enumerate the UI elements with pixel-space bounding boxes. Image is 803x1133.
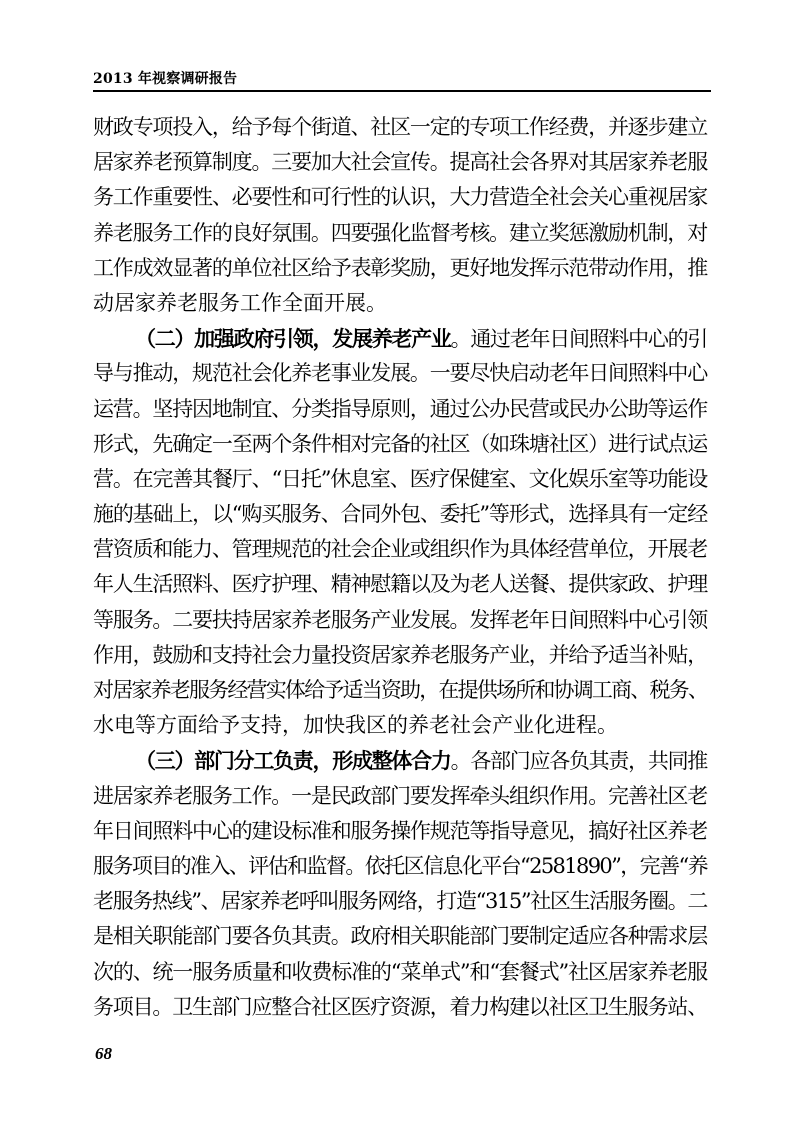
section-heading: （二）加强政府引领，发展养老产业: [135, 326, 451, 351]
text-segment: 进居家养老服务工作。一是民政部门要发挥牵头组织作用。完善社区老: [93, 784, 707, 808]
text-segment: 工作成效显著的单位社区给予表彰奖励，更好地发挥示范带动作用，推: [93, 256, 707, 280]
text-segment: 务项目。卫生部门应整合社区医疗资源，着力构建以社区卫生服务站、: [93, 995, 707, 1019]
text-segment: 次的、统一服务质量和收费标准的“菜单式”和“套餐式”社区居家养老服: [93, 960, 707, 984]
text-segment: 施的基础上，以“购买服务、合同外包、委托”等形式，选择具有一定经: [93, 502, 707, 526]
body-text: 财政专项投入，给予每个街道、社区一定的专项工作经费，并逐步建立居家养老预算制度。…: [93, 110, 707, 1025]
text-line: 营资质和能力、管理规范的社会企业或组织作为具体经营单位，开展老: [93, 532, 707, 567]
text-segment: 年日间照料中心的建设标准和服务操作规范等指导意见，搞好社区养老: [93, 819, 707, 843]
text-segment: 财政专项投入，给予每个街道、社区一定的专项工作经费，并逐步建立: [93, 115, 707, 139]
text-line: 施的基础上，以“购买服务、合同外包、委托”等形式，选择具有一定经: [93, 497, 707, 532]
text-segment: 年人生活照料、医疗护理、精神慰籍以及为老人送餐、提供家政、护理: [93, 572, 707, 596]
text-segment: 。各部门应各负其责，共同推: [451, 749, 707, 773]
text-segment: 对居家养老服务经营实体给予适当资助，在提供场所和协调工商、税务、: [93, 678, 707, 702]
text-segment: 。通过老年日间照料中心的引: [451, 327, 707, 351]
page-number: 68: [95, 1044, 112, 1064]
text-line: 财政专项投入，给予每个街道、社区一定的专项工作经费，并逐步建立: [93, 110, 707, 145]
text-line: 务工作重要性、必要性和可行性的认识，大力营造全社会关心重视居家: [93, 180, 707, 215]
text-segment: 居家养老预算制度。三要加大社会宣传。提高社会各界对其居家养老服: [93, 150, 707, 174]
text-line: 等服务。二要扶持居家养老服务产业发展。发挥老年日间照料中心引领: [93, 603, 707, 638]
text-line: 动居家养老服务工作全面开展。: [93, 286, 707, 321]
text-line: 年日间照料中心的建设标准和服务操作规范等指导意见，搞好社区养老: [93, 814, 707, 849]
text-segment: 营。在完善其餐厅、“日托”休息室、医疗保健室、文化娱乐室等功能设: [93, 467, 707, 491]
text-line: 次的、统一服务质量和收费标准的“菜单式”和“套餐式”社区居家养老服: [93, 955, 707, 990]
text-line: 形式，先确定一至两个条件相对完备的社区（如珠塘社区）进行试点运: [93, 427, 707, 462]
paragraph-heading-line: （二）加强政府引领，发展养老产业。通过老年日间照料中心的引: [93, 321, 707, 356]
text-segment: 等服务。二要扶持居家养老服务产业发展。发挥老年日间照料中心引领: [93, 608, 707, 632]
header-rule: [93, 90, 711, 92]
text-line: 对居家养老服务经营实体给予适当资助，在提供场所和协调工商、税务、: [93, 673, 707, 708]
text-segment: 导与推动，规范社会化养老事业发展。一要尽快启动老年日间照料中心: [93, 361, 707, 385]
text-line: 年人生活照料、医疗护理、精神慰籍以及为老人送餐、提供家政、护理: [93, 567, 707, 602]
text-line: 运营。坚持因地制宜、分类指导原则，通过公办民营或民办公助等运作: [93, 392, 707, 427]
text-line: 老服务热线”、居家养老呼叫服务网络，打造“315”社区生活服务圈。二: [93, 884, 707, 919]
text-segment: 运营。坚持因地制宜、分类指导原则，通过公办民营或民办公助等运作: [93, 397, 707, 421]
text-segment: 养老服务工作的良好氛围。四要强化监督考核。建立奖惩激励机制，对: [93, 221, 707, 245]
text-segment: 是相关职能部门要各负其责。政府相关职能部门要制定适应各种需求层: [93, 924, 707, 948]
text-segment: 老服务热线”、居家养老呼叫服务网络，打造“315”社区生活服务圈。二: [93, 889, 707, 913]
text-segment: 务工作重要性、必要性和可行性的认识，大力营造全社会关心重视居家: [93, 185, 707, 209]
section-heading: （三）部门分工负责，形成整体合力: [135, 748, 451, 773]
running-header-title: 2013 年视察调研报告: [93, 70, 237, 88]
text-segment: 动居家养老服务工作全面开展。: [93, 291, 387, 315]
text-line: 服务项目的准入、评估和监督。依托区信息化平台“2581890”，完善“养: [93, 849, 707, 884]
text-line: 务项目。卫生部门应整合社区医疗资源，着力构建以社区卫生服务站、: [93, 990, 707, 1025]
text-segment: 作用，鼓励和支持社会力量投资居家养老服务产业，并给予适当补贴，: [93, 643, 707, 667]
text-segment: 水电等方面给予支持，加快我区的养老社会产业化进程。: [93, 713, 618, 737]
text-line: 居家养老预算制度。三要加大社会宣传。提高社会各界对其居家养老服: [93, 145, 707, 180]
paragraph-heading-line: （三）部门分工负责，形成整体合力。各部门应各负其责，共同推: [93, 743, 707, 778]
text-line: 水电等方面给予支持，加快我区的养老社会产业化进程。: [93, 708, 707, 743]
text-segment: 服务项目的准入、评估和监督。依托区信息化平台“2581890”，完善“养: [93, 854, 707, 878]
text-segment: 营资质和能力、管理规范的社会企业或组织作为具体经营单位，开展老: [93, 537, 707, 561]
text-line: 进居家养老服务工作。一是民政部门要发挥牵头组织作用。完善社区老: [93, 779, 707, 814]
text-line: 工作成效显著的单位社区给予表彰奖励，更好地发挥示范带动作用，推: [93, 251, 707, 286]
text-line: 营。在完善其餐厅、“日托”休息室、医疗保健室、文化娱乐室等功能设: [93, 462, 707, 497]
text-segment: 形式，先确定一至两个条件相对完备的社区（如珠塘社区）进行试点运: [93, 432, 707, 456]
text-line: 养老服务工作的良好氛围。四要强化监督考核。建立奖惩激励机制，对: [93, 216, 707, 251]
text-line: 是相关职能部门要各负其责。政府相关职能部门要制定适应各种需求层: [93, 919, 707, 954]
text-line: 作用，鼓励和支持社会力量投资居家养老服务产业，并给予适当补贴，: [93, 638, 707, 673]
text-line: 导与推动，规范社会化养老事业发展。一要尽快启动老年日间照料中心: [93, 356, 707, 391]
